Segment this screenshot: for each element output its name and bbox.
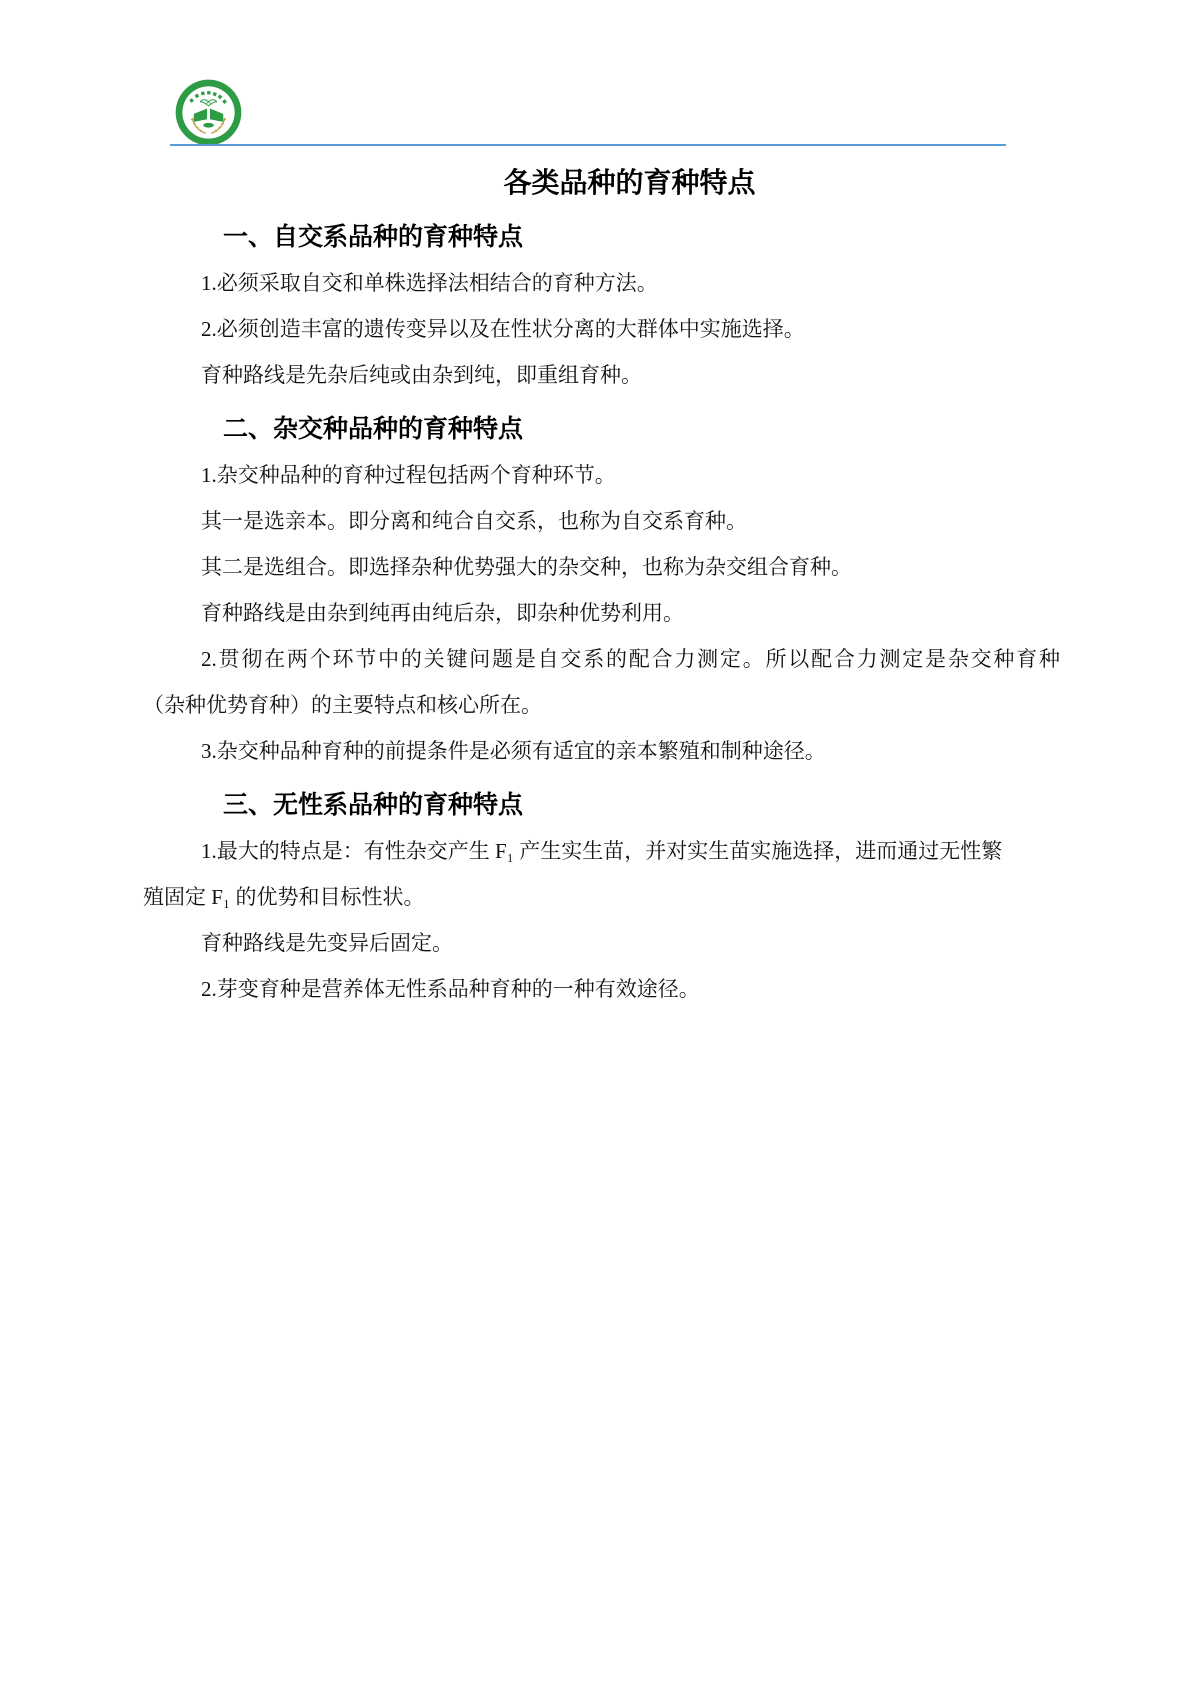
paragraph: 1.杂交种品种的育种过程包括两个育种环节。 xyxy=(143,452,1060,498)
header-divider xyxy=(170,144,1006,146)
paragraph-line: 育种路线是由杂到纯再由纯后杂，即杂种优势利用。 xyxy=(143,590,1060,636)
document-page: 各类品种的育种特点 一、自交系品种的育种特点 1.必须采取自交和单株选择法相结合… xyxy=(0,0,1190,1683)
paragraph: 2.必须创造丰富的遗传变异以及在性状分离的大群体中实施选择。 xyxy=(143,306,1060,352)
paragraph-line: 1.杂交种品种的育种过程包括两个育种环节。 xyxy=(143,452,1060,498)
paragraph: 3.杂交种品种育种的前提条件是必须有适宜的亲本繁殖和制种途径。 xyxy=(143,728,1060,774)
school-emblem-icon xyxy=(175,79,242,146)
paragraph: 其一是选亲本。即分离和纯合自交系，也称为自交系育种。 xyxy=(143,498,1060,544)
paragraph-line: 其一是选亲本。即分离和纯合自交系，也称为自交系育种。 xyxy=(143,498,1060,544)
paragraph: 1.最大的特点是：有性杂交产生 F₁ 产生实生苗，并对实生苗实施选择，进而通过无… xyxy=(143,828,1060,920)
paragraph: 2.贯彻在两个环节中的关键问题是自交系的配合力测定。所以配合力测定是杂交种育种 … xyxy=(143,636,1060,728)
emblem-banner xyxy=(203,123,214,128)
paragraph-line: 2.芽变育种是营养体无性系品种育种的一种有效途径。 xyxy=(143,966,1060,1012)
page-title: 各类品种的育种特点 xyxy=(143,160,1060,206)
paragraph-line: 3.杂交种品种育种的前提条件是必须有适宜的亲本繁殖和制种途径。 xyxy=(143,728,1060,774)
paragraph: 育种路线是由杂到纯再由纯后杂，即杂种优势利用。 xyxy=(143,590,1060,636)
paragraph-line: 1.最大的特点是：有性杂交产生 F₁ 产生实生苗，并对实生苗实施选择，进而通过无… xyxy=(143,828,1060,874)
document-body: 各类品种的育种特点 一、自交系品种的育种特点 1.必须采取自交和单株选择法相结合… xyxy=(143,160,1060,1012)
section-3-heading: 三、无性系品种的育种特点 xyxy=(223,782,1060,828)
paragraph-line: 育种路线是先变异后固定。 xyxy=(143,920,1060,966)
paragraph-line: （杂种优势育种）的主要特点和核心所在。 xyxy=(143,682,1060,728)
paragraph: 育种路线是先杂后纯或由杂到纯，即重组育种。 xyxy=(143,352,1060,398)
paragraph-line: 2.必须创造丰富的遗传变异以及在性状分离的大群体中实施选择。 xyxy=(143,306,1060,352)
paragraph: 其二是选组合。即选择杂种优势强大的杂交种，也称为杂交组合育种。 xyxy=(143,544,1060,590)
paragraph-line: 1.必须采取自交和单株选择法相结合的育种方法。 xyxy=(143,260,1060,306)
paragraph-line: 其二是选组合。即选择杂种优势强大的杂交种，也称为杂交组合育种。 xyxy=(143,544,1060,590)
section-1-heading: 一、自交系品种的育种特点 xyxy=(223,214,1060,260)
paragraph: 1.必须采取自交和单株选择法相结合的育种方法。 xyxy=(143,260,1060,306)
paragraph: 育种路线是先变异后固定。 xyxy=(143,920,1060,966)
paragraph-line: 育种路线是先杂后纯或由杂到纯，即重组育种。 xyxy=(143,352,1060,398)
paragraph-line: 2.贯彻在两个环节中的关键问题是自交系的配合力测定。所以配合力测定是杂交种育种 xyxy=(143,636,1060,682)
paragraph: 2.芽变育种是营养体无性系品种育种的一种有效途径。 xyxy=(143,966,1060,1012)
paragraph-line: 殖固定 F₁ 的优势和目标性状。 xyxy=(143,874,1060,920)
section-2-heading: 二、杂交种品种的育种特点 xyxy=(223,406,1060,452)
school-logo xyxy=(175,79,242,146)
